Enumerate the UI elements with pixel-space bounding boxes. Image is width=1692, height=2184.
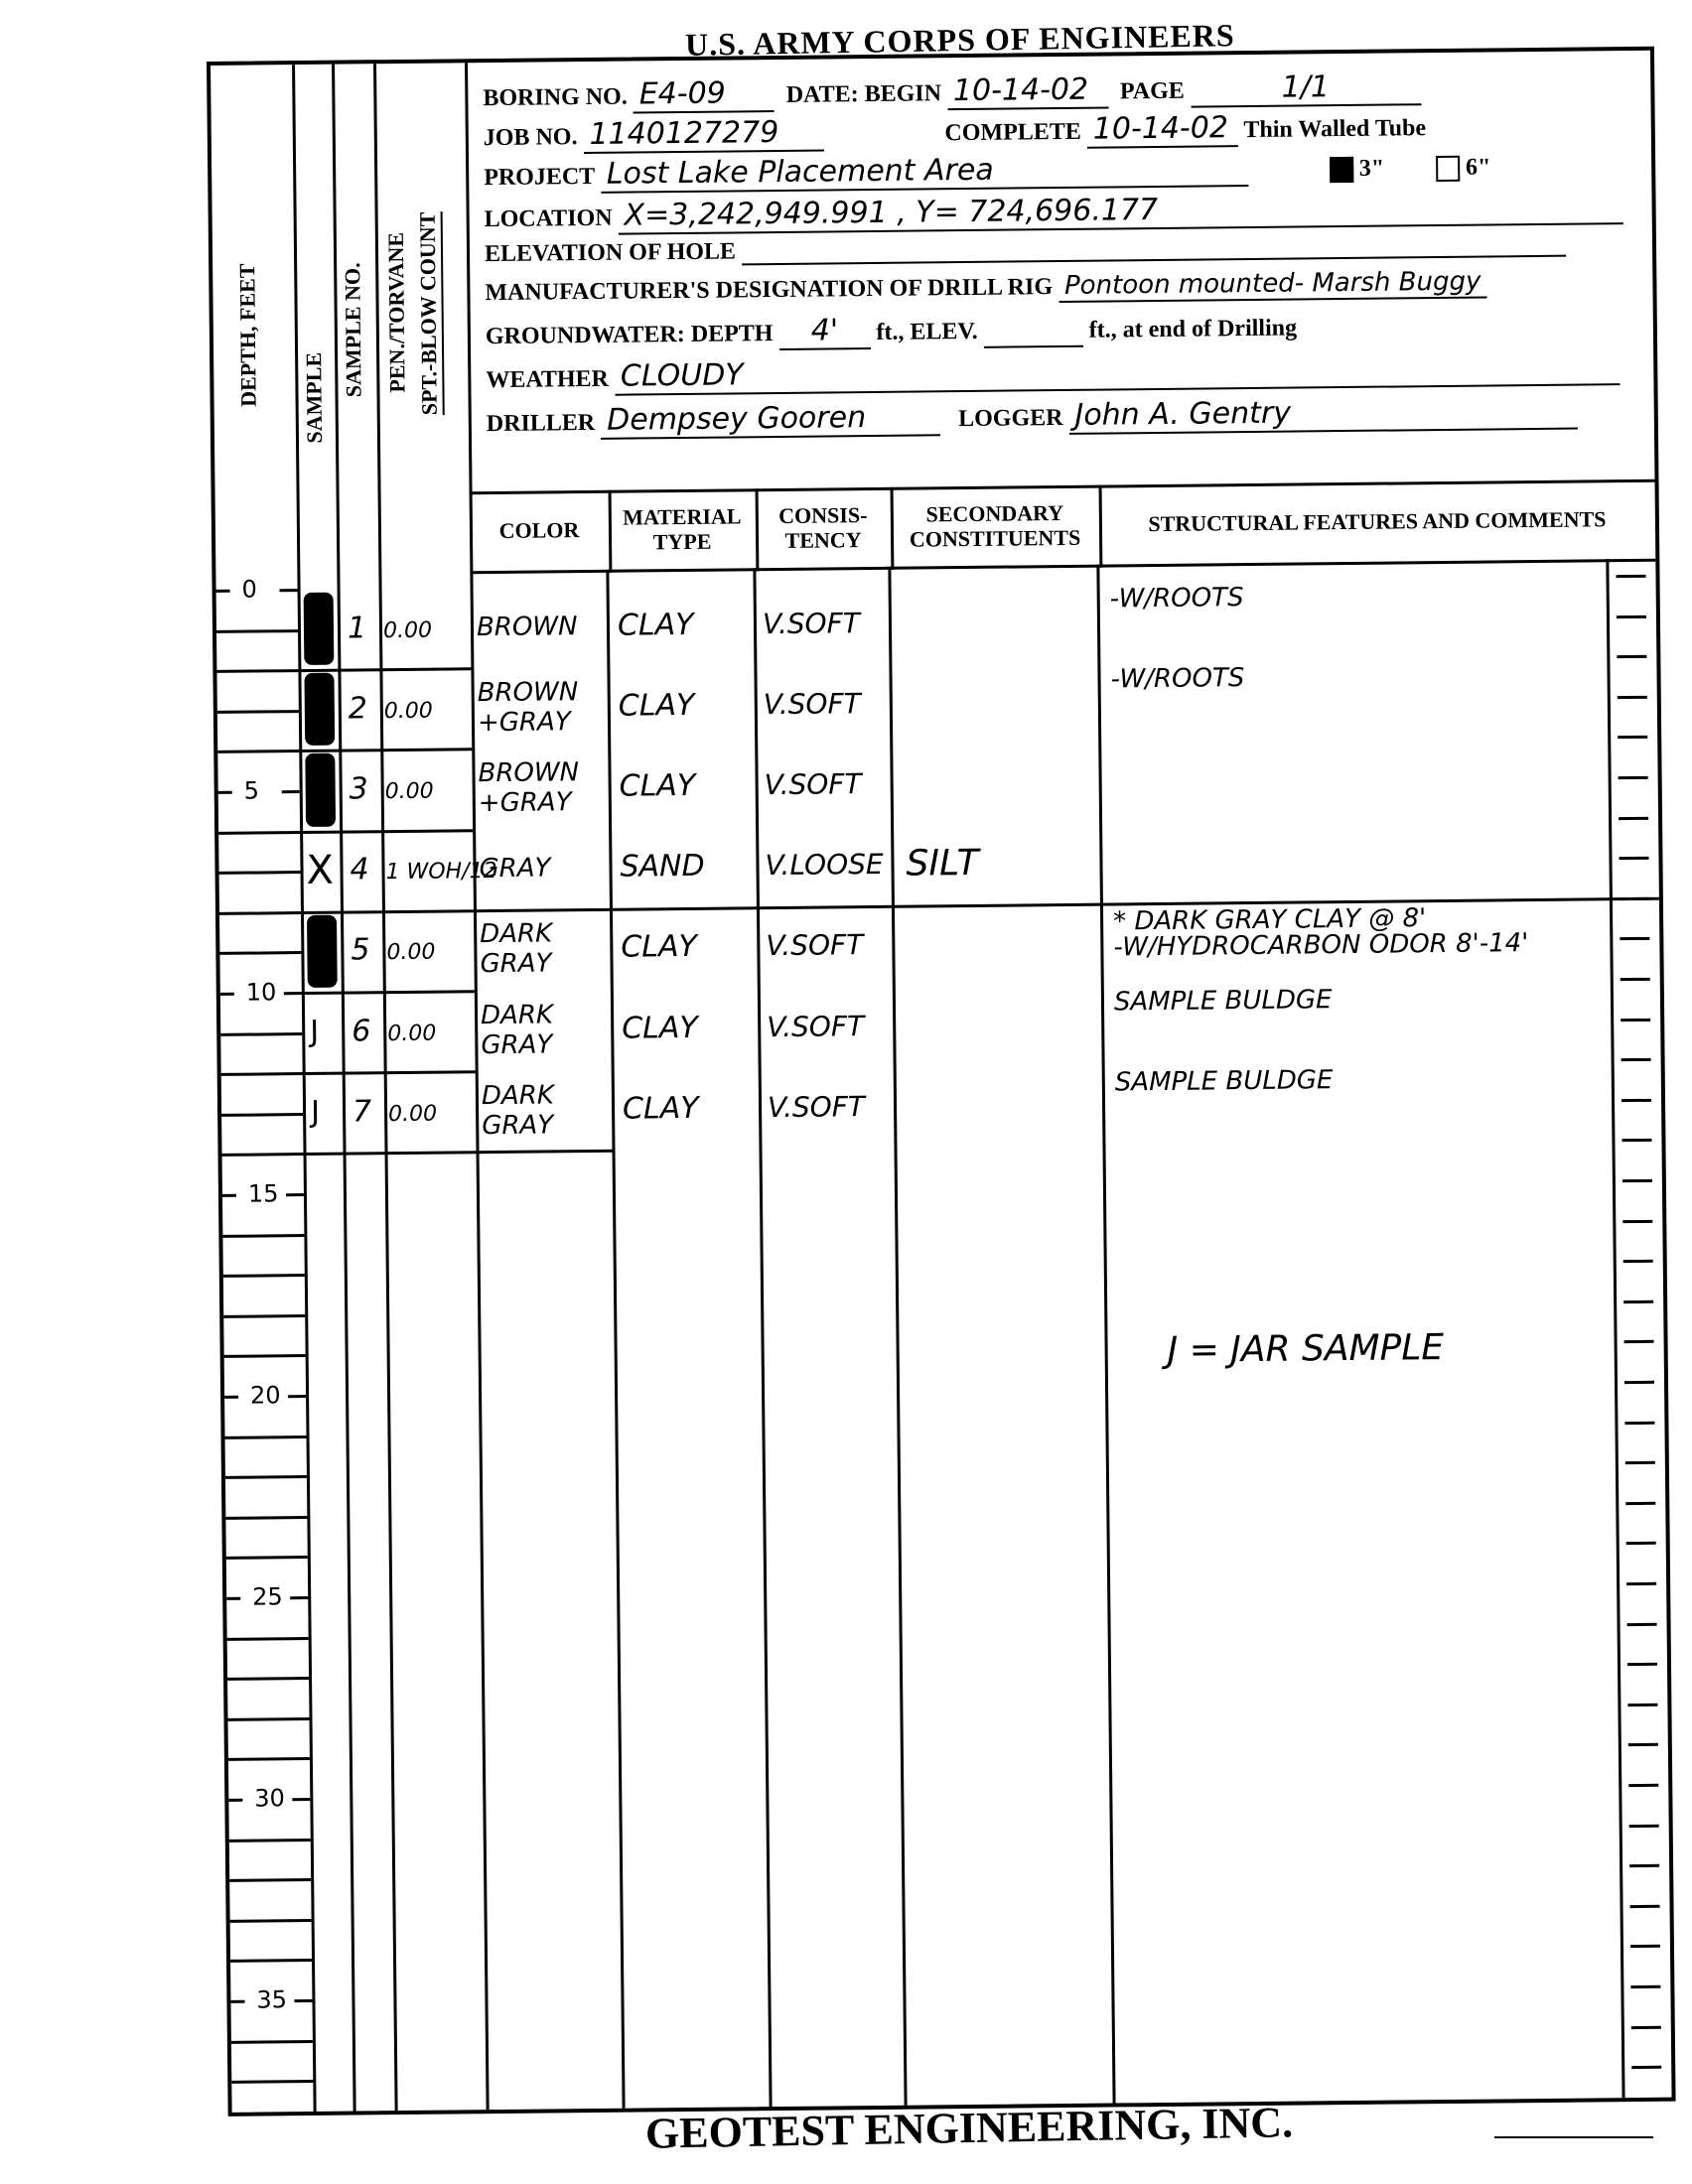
color-value: GRAY <box>479 854 550 885</box>
consistency-value: V.LOOSE <box>765 850 883 881</box>
right-ruler-tick <box>1621 1139 1651 1142</box>
depth-tick-left <box>228 1799 242 1802</box>
color-value: BROWN <box>477 612 578 642</box>
depth-tick-right <box>294 1999 312 2002</box>
depth-tick-left <box>216 590 230 593</box>
tube-3in-checkbox[interactable] <box>1330 157 1353 183</box>
depth-tick-left <box>224 1396 238 1399</box>
legend-note: J = JAR SAMPLE <box>1167 1333 1444 1366</box>
sample-no: 2 <box>349 694 367 724</box>
color-value: DARK GRAY <box>480 919 553 980</box>
row-location: LOCATION X=3,242,949.991 , Y= 724,696.17… <box>484 188 1622 236</box>
right-ruler-tick <box>1629 1864 1659 1867</box>
right-ruler-tick <box>1627 1622 1657 1625</box>
pen-value: 0.00 <box>386 938 435 969</box>
right-ruler-tick <box>1624 1421 1654 1424</box>
sample-tube-mark <box>307 914 338 987</box>
logger-field[interactable]: John A. Gentry <box>1068 393 1577 435</box>
pen-value: 0.00 <box>384 696 433 727</box>
right-ruler-tick <box>1621 1018 1650 1021</box>
depth-tick-right <box>282 790 300 793</box>
right-ruler-tick <box>1617 655 1646 658</box>
material-value: CLAY <box>620 771 696 802</box>
sample-no: 6 <box>352 1017 370 1046</box>
comment-value: SAMPLE BULDGE <box>1114 987 1333 1015</box>
right-ruler-tick <box>1624 1381 1654 1384</box>
sample-jar-mark: J <box>311 1098 320 1128</box>
right-ruler-tick <box>1616 575 1645 578</box>
col-consistency: CONSIS- TENCY <box>756 487 895 571</box>
right-ruler-tick <box>1618 736 1647 739</box>
secondary-value: SILT <box>906 849 978 880</box>
driller-field[interactable]: Dempsey Gooren <box>601 399 940 440</box>
depth-tick-left <box>220 993 234 996</box>
row-elevation: ELEVATION OF HOLE <box>485 230 1566 268</box>
right-ruler-tick <box>1617 614 1646 617</box>
project-field[interactable]: Lost Lake Placement Area <box>601 150 1248 194</box>
sample-tube-mark <box>305 753 336 826</box>
depth-tick-right <box>290 1596 308 1599</box>
right-ruler-tick <box>1627 1704 1657 1706</box>
right-ruler-tick <box>1619 776 1648 779</box>
material-value: CLAY <box>621 932 697 963</box>
consistency-value: V.SOFT <box>764 689 861 720</box>
pen-value: 0.00 <box>383 615 432 646</box>
right-ruler-tick <box>1629 1824 1659 1827</box>
tube-label: Thin Walled Tube <box>1243 115 1426 143</box>
col-structural: STRUCTURAL FEATURES AND COMMENTS <box>1099 479 1656 568</box>
depth-label: 20 <box>246 1381 285 1409</box>
right-ruler-tick <box>1623 1300 1653 1303</box>
sample-tube-mark <box>304 593 335 665</box>
col-material: MATERIAL TYPE <box>609 488 760 573</box>
color-value: DARK GRAY <box>481 1000 554 1060</box>
tube-6in-checkbox[interactable] <box>1436 156 1460 182</box>
right-ruler-tick <box>1628 1743 1658 1746</box>
right-ruler-tick <box>1630 1945 1660 1948</box>
right-ruler-tick <box>1626 1542 1656 1545</box>
divider <box>888 567 907 2106</box>
col-color: COLOR <box>470 490 613 574</box>
row-job: JOB NO. 1140127279 COMPLETE 10-14-02 Thi… <box>484 108 1427 155</box>
comment-value: -W/ROOTS <box>1110 585 1244 612</box>
date-begin-field[interactable]: 10-14-02 <box>947 71 1108 110</box>
col-secondary: SECONDARY CONSTITUENTS <box>891 485 1103 570</box>
depth-tick-right <box>292 1798 310 1801</box>
sample-column-label: SAMPLE <box>301 352 328 444</box>
depth-label: 10 <box>242 978 281 1006</box>
depth-label: 30 <box>250 1784 289 1812</box>
pen-value: 0.00 <box>385 777 434 808</box>
consistency-value: V.SOFT <box>766 931 863 962</box>
depth-label: 0 <box>237 575 261 603</box>
right-ruler-tick <box>1625 1461 1655 1464</box>
drill-rig-field[interactable]: Pontoon mounted- Marsh Buggy <box>1058 267 1487 304</box>
sample-no: 4 <box>350 856 368 886</box>
sample-no: 3 <box>350 774 368 804</box>
footer-line <box>1494 2136 1653 2138</box>
comment-value: -W/ROOTS <box>1110 665 1244 692</box>
right-ruler-tick <box>1623 1260 1653 1263</box>
right-ruler-tick <box>1631 2066 1661 2069</box>
row-weather: WEATHER CLOUDY <box>486 348 1620 397</box>
right-ruler-tick <box>1624 1340 1654 1343</box>
sample-no-column-label: SAMPLE NO. <box>340 262 366 397</box>
material-value: CLAY <box>618 610 694 640</box>
right-ruler-tick <box>1630 1905 1660 1908</box>
pen-value: 0.00 <box>388 1099 437 1130</box>
right-ruler-tick <box>1628 1784 1658 1787</box>
consistency-value: V.SOFT <box>768 1092 865 1123</box>
row-groundwater: GROUNDWATER: DEPTH 4' ft., ELEV. ft., at… <box>486 309 1297 354</box>
layer-line <box>477 1150 616 1154</box>
depth-tick-right <box>288 1395 306 1398</box>
page-field[interactable]: 1/1 <box>1191 68 1421 107</box>
right-ruler-tick <box>1631 2025 1661 2028</box>
boring-no-field[interactable]: E4-09 <box>634 75 775 113</box>
right-ruler-tick <box>1622 1219 1652 1222</box>
right-ruler-tick <box>1621 1058 1651 1061</box>
sample-no: 5 <box>351 936 369 966</box>
location-field[interactable]: X=3,242,949.991 , Y= 724,696.177 <box>618 188 1622 235</box>
spt-column-label: SPT.-BLOW COUNT <box>415 212 445 416</box>
depth-label: 5 <box>240 776 264 804</box>
depth-label: 15 <box>244 1179 283 1207</box>
date-complete-field[interactable]: 10-14-02 <box>1087 110 1238 149</box>
groundwater-elev-field[interactable] <box>984 322 1083 348</box>
right-ruler-tick <box>1622 1179 1652 1182</box>
right-ruler-tick <box>1621 978 1650 981</box>
comment-value: SAMPLE BULDGE <box>1115 1067 1334 1095</box>
sample-jar-mark: J <box>310 1017 319 1046</box>
row-boring: BORING NO. E4-09 DATE: BEGIN 10-14-02 PA… <box>483 68 1421 115</box>
color-value: DARK GRAY <box>482 1080 555 1141</box>
depth-tick-right <box>286 1193 304 1196</box>
pen-value: 0.00 <box>387 1019 436 1049</box>
material-value: SAND <box>620 852 704 883</box>
right-ruler-tick <box>1620 937 1649 940</box>
right-ruler-tick <box>1625 1502 1655 1505</box>
consistency-value: V.SOFT <box>767 1012 864 1042</box>
material-value: CLAY <box>622 1013 698 1043</box>
right-ruler-tick <box>1621 1099 1651 1102</box>
right-ruler-tick <box>1618 696 1647 699</box>
boring-log-form: DEPTH, FEET SAMPLE SAMPLE NO. PEN./TORVA… <box>207 47 1676 2116</box>
consistency-value: V.SOFT <box>765 769 862 800</box>
material-value: CLAY <box>619 691 695 722</box>
sample-tube-mark <box>304 673 335 746</box>
row-drill-rig: MANUFACTURER'S DESIGNATION OF DRILL RIG … <box>485 267 1486 310</box>
depth-tick-right <box>284 992 302 995</box>
divider <box>1096 565 1115 2104</box>
color-value: BROWN +GRAY <box>478 677 579 738</box>
sample-spt-mark: X <box>306 856 334 886</box>
right-ruler-tick <box>1627 1663 1657 1666</box>
depth-label: 35 <box>252 1985 291 2013</box>
consistency-value: V.SOFT <box>763 609 860 639</box>
right-ruler-tick <box>1619 816 1648 819</box>
groundwater-depth-field[interactable]: 4' <box>778 313 870 350</box>
job-no-field[interactable]: 1140127279 <box>583 114 823 154</box>
depth-tick-left <box>226 1597 240 1600</box>
row-driller: DRILLER Dempsey Gooren LOGGER John A. Ge… <box>487 393 1578 442</box>
weather-field[interactable]: CLOUDY <box>615 348 1620 396</box>
pen-column-label: PEN./TORVANE <box>383 232 411 393</box>
company-name: GEOTEST ENGINEERING, INC. <box>645 2097 1294 2158</box>
sample-no: 7 <box>352 1097 371 1127</box>
depth-tick-left <box>218 791 232 794</box>
header-form: BORING NO. E4-09 DATE: BEGIN 10-14-02 PA… <box>465 51 1654 494</box>
depth-label: 25 <box>248 1582 287 1610</box>
sample-no: 1 <box>348 614 366 643</box>
material-value: CLAY <box>623 1094 699 1125</box>
right-ruler-tick <box>1626 1582 1656 1585</box>
right-ruler-tick <box>1630 1985 1660 1988</box>
elevation-field[interactable] <box>742 231 1566 266</box>
right-ruler-tick <box>1619 857 1648 860</box>
row-project: PROJECT Lost Lake Placement Area 3" 6" <box>484 147 1491 195</box>
color-value: BROWN +GRAY <box>478 757 579 818</box>
depth-column-label: DEPTH, FEET <box>234 263 262 407</box>
depth-tick-right <box>280 589 298 592</box>
depth-tick-left <box>222 1194 236 1197</box>
divider <box>1606 559 1624 2098</box>
depth-tick-left <box>230 2000 244 2003</box>
comment-value: * DARK GRAY CLAY @ 8' -W/HYDROCARBON ODO… <box>1113 904 1529 960</box>
